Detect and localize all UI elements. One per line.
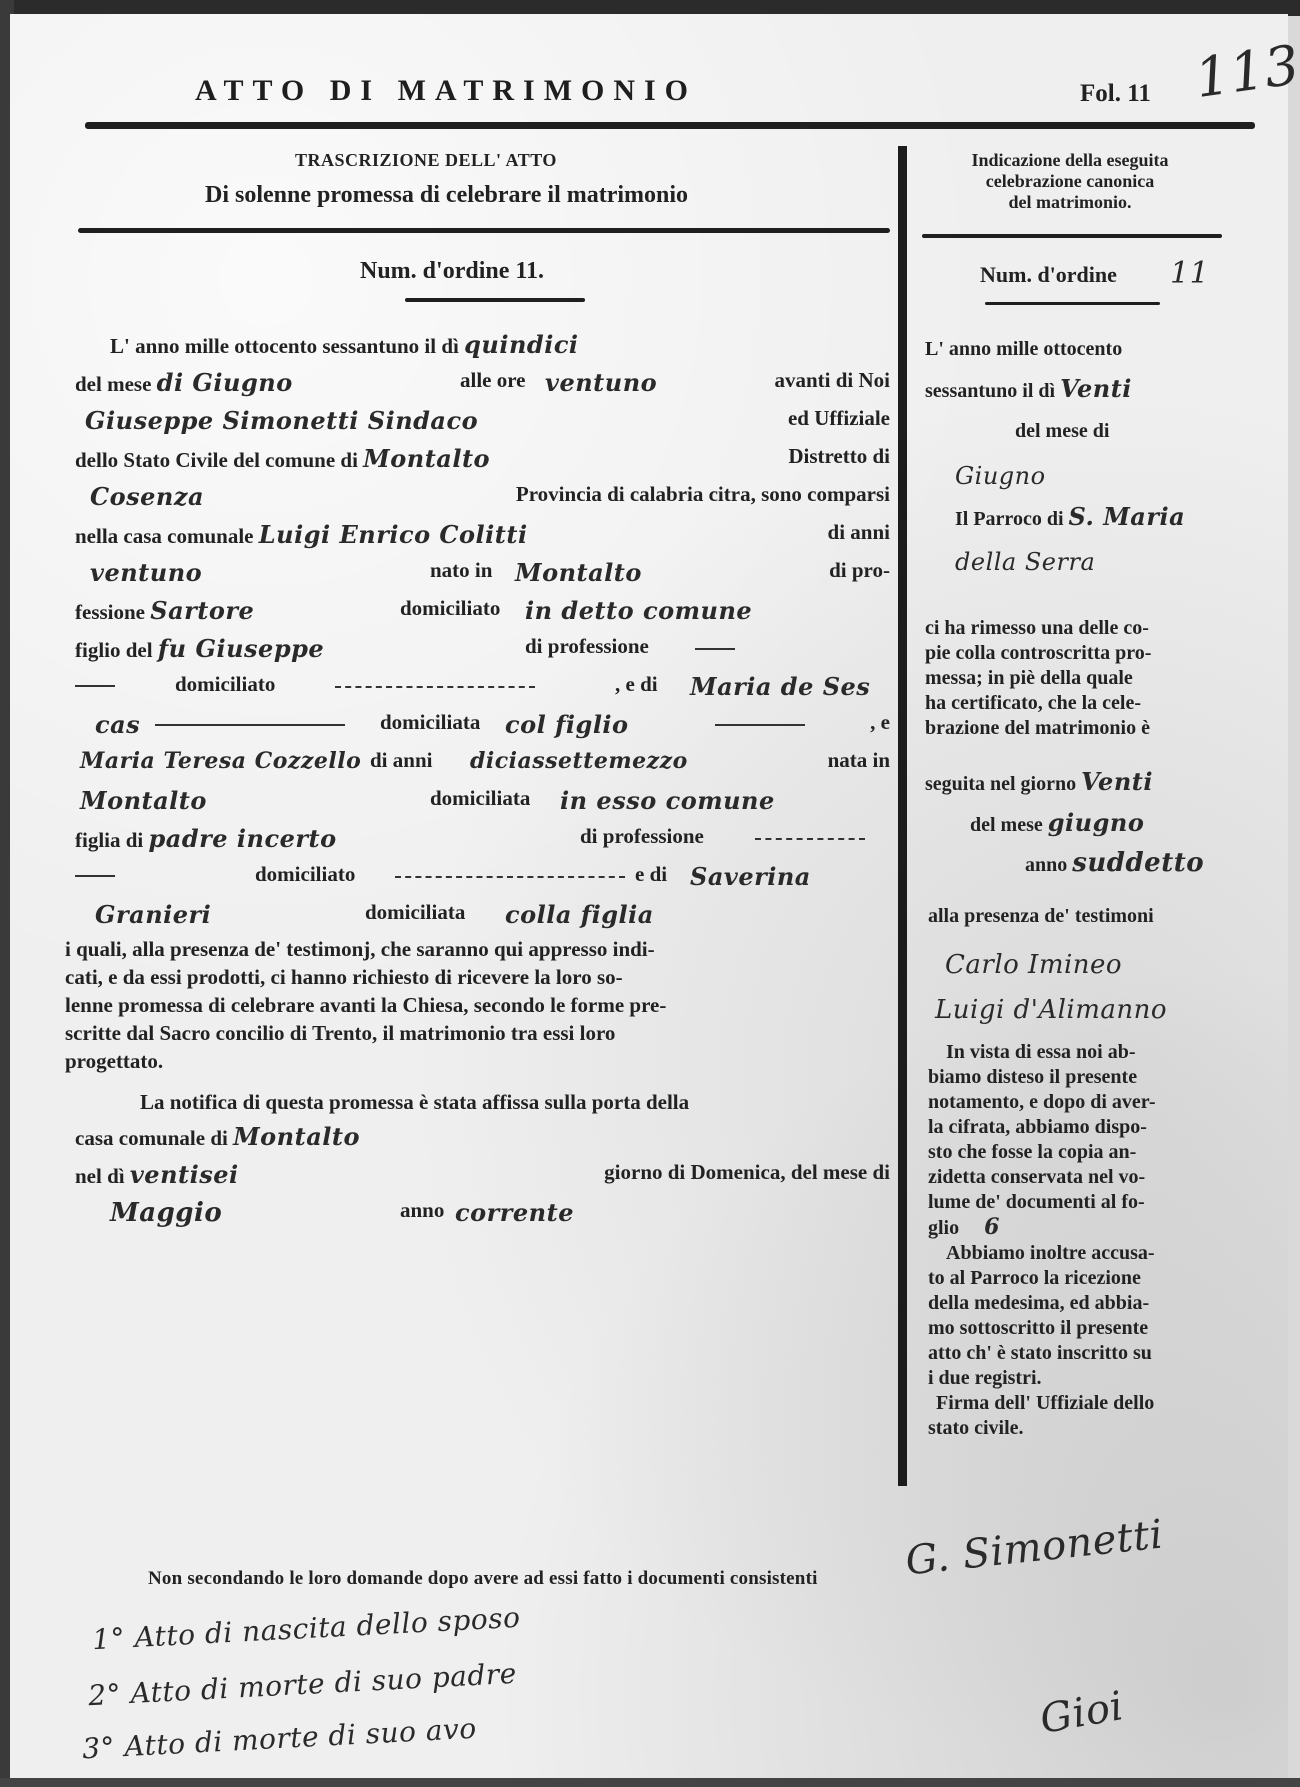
printed-text: anno xyxy=(400,1198,444,1223)
header-rule xyxy=(85,122,1255,129)
handwritten-parish-2: della Serra xyxy=(955,548,1095,576)
printed-text: nella casa comunale xyxy=(75,524,254,548)
printed-text: ed Uffiziale xyxy=(788,406,890,431)
handwritten-mother-domicile: col figlio xyxy=(505,710,629,739)
handwritten-anno: suddetto xyxy=(1072,848,1204,878)
handwritten-celebration-month: Giugno xyxy=(955,462,1046,490)
printed-text: di professione xyxy=(580,824,704,849)
blank-dash xyxy=(395,876,625,878)
printed-text: sessantuno il dì xyxy=(925,380,1055,402)
blank-dash xyxy=(715,724,805,726)
handwritten-bride-mother-surname: Granieri xyxy=(95,900,211,929)
right-order-number-hand: 11 xyxy=(1170,256,1209,291)
handwritten-notice-day: ventisei xyxy=(130,1160,239,1189)
paragraph-line: mo sottoscritto il presente xyxy=(928,1316,1236,1341)
handwritten-groom-profession: Sartore xyxy=(150,596,254,625)
right-order-number-label: Num. d'ordine xyxy=(980,262,1117,288)
paragraph-line: lenne promessa di celebrare avanti la Ch… xyxy=(65,991,890,1019)
form-line-11: cas domiciliata col figlio , e xyxy=(95,710,890,739)
paragraph-line: pie colla controscritta pro- xyxy=(925,641,1235,666)
printed-text: nato in xyxy=(430,558,492,583)
handwritten-giorno: Venti xyxy=(1081,767,1153,796)
blank-dash xyxy=(75,875,115,877)
right-intro-3: del mese di xyxy=(1015,420,1109,443)
printed-text: fessione xyxy=(75,600,145,624)
paragraph-line: la cifrata, abbiamo dispo- xyxy=(928,1115,1236,1140)
left-paragraph-1: i quali, alla presenza de' testimonj, ch… xyxy=(65,935,890,1075)
printed-text: figlio del xyxy=(75,638,153,662)
anno-line: anno suddetto xyxy=(1025,848,1204,878)
paragraph-line: i quali, alla presenza de' testimonj, ch… xyxy=(65,935,890,963)
handwritten-celebration-day: Venti xyxy=(1060,374,1132,403)
witnesses-label: alla presenza de' testimoni xyxy=(928,905,1154,928)
paragraph-line: glio 6 xyxy=(928,1215,1236,1241)
printed-text: alle ore xyxy=(460,368,526,393)
printed-text: di professione xyxy=(525,634,649,659)
handwritten-witness-1: Carlo Imineo xyxy=(945,950,1122,980)
paragraph-line: i due registri. xyxy=(928,1366,1236,1391)
handwritten-day: quindici xyxy=(464,330,578,359)
form-line-7: ventuno nato in Montalto di pro- xyxy=(90,558,890,587)
handwritten-groom-birthplace: Montalto xyxy=(515,558,642,587)
left-subheading: Di solenne promessa di celebrare il matr… xyxy=(205,182,688,209)
printed-text: e di xyxy=(635,862,667,887)
right-heading-rule xyxy=(922,234,1222,238)
printed-text: domiciliato xyxy=(255,862,355,887)
paragraph-line: ci ha rimesso una delle co- xyxy=(925,616,1235,641)
printed-text: , e xyxy=(870,710,890,735)
printed-text: giorno di Domenica, del mese di xyxy=(604,1160,890,1185)
printed-text: , e di xyxy=(615,672,658,697)
printed-text: dello Stato Civile del comune di xyxy=(75,448,358,472)
blank-dash xyxy=(335,686,535,688)
printed-text: avanti di Noi xyxy=(774,368,890,393)
form-line-4: dello Stato Civile del comune di Montalt… xyxy=(75,444,890,473)
printed-text: domiciliata xyxy=(430,786,530,811)
printed-text: Provincia di calabria citra, sono compar… xyxy=(516,482,890,507)
notice-line-4: Maggio anno corrente xyxy=(110,1198,222,1228)
form-line-8: fessione Sartore domiciliato in detto co… xyxy=(75,596,890,625)
printed-text: domiciliato xyxy=(175,672,275,697)
handwritten-district: Cosenza xyxy=(90,482,204,511)
form-line-6: nella casa comunale Luigi Enrico Colitti… xyxy=(75,520,890,549)
paragraph-line: scritte dal Sacro concilio di Trento, il… xyxy=(65,1019,890,1047)
printed-text: L' anno mille ottocento sessantuno il dì xyxy=(110,334,459,358)
paragraph-line: notamento, e dopo di aver- xyxy=(928,1090,1236,1115)
handwritten-foglio: 6 xyxy=(984,1214,1000,1240)
handwritten-notice-month: Maggio xyxy=(110,1198,222,1228)
column-divider xyxy=(898,146,907,1486)
handwritten-month: di Giugno xyxy=(157,368,293,397)
right-intro-2: sessantuno il dì Venti xyxy=(925,374,1132,403)
handwritten-bride-father: padre incerto xyxy=(149,824,337,853)
paragraph-line: biamo disteso il presente xyxy=(928,1065,1236,1090)
paragraph-line: cati, e da essi prodotti, ci hanno richi… xyxy=(65,963,890,991)
printed-text: Il Parroco di xyxy=(955,508,1064,530)
right-body-2: In vista di essa noi ab- biamo disteso i… xyxy=(928,1040,1236,1441)
right-heading: Indicazione della eseguita celebrazione … xyxy=(920,150,1220,213)
form-line-1: L' anno mille ottocento sessantuno il dì… xyxy=(110,330,579,359)
right-order-rule xyxy=(985,302,1160,305)
handwritten-groom-father: fu Giuseppe xyxy=(158,634,324,663)
paragraph-line: progettato. xyxy=(65,1047,890,1075)
form-line-3: Giuseppe Simonetti Sindaco ed Uffiziale xyxy=(85,406,890,435)
blank-dash xyxy=(695,648,735,650)
left-heading-rule xyxy=(78,228,890,233)
handwritten-groom-age: ventuno xyxy=(90,558,202,587)
blank-dash xyxy=(75,685,115,687)
printed-text: di pro- xyxy=(829,558,890,583)
right-heading-line-1: Indicazione della eseguita xyxy=(920,150,1220,171)
printed-text: figlia di xyxy=(75,828,143,852)
paragraph-line: lume de' documenti al fo- xyxy=(928,1190,1236,1215)
blank-dash xyxy=(755,838,865,840)
handwritten-bride-mother-domicile: colla figlia xyxy=(505,900,654,929)
paragraph-line: messa; in piè della quale xyxy=(925,666,1235,691)
handwritten-bride-birthplace: Montalto xyxy=(80,786,207,815)
printed-text: del mese xyxy=(75,372,151,396)
document-title: ATTO DI MATRIMONIO xyxy=(195,74,697,108)
notice-line-2: casa comunale di Montalto xyxy=(75,1122,360,1151)
paragraph-line: brazione del matrimonio è xyxy=(925,716,1235,741)
printed-text: di anni xyxy=(370,748,432,773)
handwritten-bride-name: Maria Teresa Cozzello xyxy=(80,748,361,774)
handwritten-bride-domicile: in esso comune xyxy=(560,786,775,815)
form-line-16: Granieri domiciliata colla figlia xyxy=(95,900,890,929)
parroco-line: Il Parroco di S. Maria xyxy=(955,502,1185,531)
handwritten-official-name: Giuseppe Simonetti Sindaco xyxy=(85,406,478,435)
printed-text: casa comunale di xyxy=(75,1126,228,1150)
handwritten-notice-year: corrente xyxy=(455,1198,574,1227)
handwritten-groom-name: Luigi Enrico Colitti xyxy=(259,520,528,549)
printed-text: glio xyxy=(928,1217,959,1239)
scan-edge-bottom xyxy=(0,1778,1300,1787)
printed-text: domiciliato xyxy=(400,596,500,621)
paragraph-line: sto che fosse la copia an- xyxy=(928,1140,1236,1165)
signature-label: Firma dell' Uffiziale dello xyxy=(928,1391,1236,1416)
notice-line-1: La notifica di questa promessa è stata a… xyxy=(140,1090,689,1115)
left-heading: TRASCRIZIONE DELL' ATTO xyxy=(295,150,557,171)
paragraph-line: In vista di essa noi ab- xyxy=(928,1040,1236,1065)
paragraph-line: atto ch' è stato inscritto su xyxy=(928,1341,1236,1366)
paragraph-line: della medesima, ed abbia- xyxy=(928,1291,1236,1316)
paragraph-line: to al Parroco la ricezione xyxy=(928,1266,1236,1291)
printed-text: del mese xyxy=(970,814,1043,836)
form-line-13: Montalto domiciliata in esso comune xyxy=(80,786,890,815)
handwritten-mother-surname-end: cas xyxy=(95,710,140,739)
right-heading-line-2: celebrazione canonica xyxy=(920,171,1220,192)
mese-line: del mese giugno xyxy=(970,808,1144,837)
handwritten-groom-domicile: in detto comune xyxy=(525,596,752,625)
blank-dash xyxy=(155,724,345,726)
handwritten-hour: ventuno xyxy=(545,368,657,397)
handwritten-groom-mother: Maria de Ses xyxy=(690,672,870,701)
right-heading-line-3: del matrimonio. xyxy=(920,192,1220,213)
printed-text: seguita nel giorno xyxy=(925,773,1076,795)
form-line-2: del mese di Giugno alle ore ventuno avan… xyxy=(75,368,890,397)
printed-text: di anni xyxy=(828,520,890,545)
paragraph-line: zidetta conservata nel vo- xyxy=(928,1165,1236,1190)
footer-printed-line: Non secondando le loro domande dopo aver… xyxy=(148,1568,818,1590)
form-line-15: domiciliato e di Saverina xyxy=(75,862,890,887)
handwritten-witness-2: Luigi d'Alimanno xyxy=(935,995,1167,1025)
printed-text: domiciliata xyxy=(380,710,480,735)
left-order-rule xyxy=(405,298,585,302)
handwritten-mese: giugno xyxy=(1048,808,1145,837)
right-body-1: ci ha rimesso una delle co- pie colla co… xyxy=(925,616,1235,741)
signature-label: stato civile. xyxy=(928,1416,1236,1441)
printed-text: domiciliata xyxy=(365,900,465,925)
handwritten-bride-age: diciassettemezzo xyxy=(470,748,688,774)
handwritten-parish: S. Maria xyxy=(1069,502,1186,531)
giorno-line: seguita nel giorno Venti xyxy=(925,767,1153,796)
handwritten-bride-mother: Saverina xyxy=(690,862,811,891)
printed-text: nata in xyxy=(828,748,890,773)
folio-label: Fol. 11 xyxy=(1080,80,1151,108)
right-intro-1: L' anno mille ottocento xyxy=(925,338,1122,361)
handwritten-comune: Montalto xyxy=(363,444,490,473)
form-line-5: Cosenza Provincia di calabria citra, son… xyxy=(90,482,890,511)
printed-text: nel dì xyxy=(75,1164,125,1188)
paragraph-line: ha certificato, che la cele- xyxy=(925,691,1235,716)
paragraph-line: Abbiamo inoltre accusa- xyxy=(928,1241,1236,1266)
form-line-9: figlio del fu Giuseppe di professione xyxy=(75,634,890,663)
printed-text: Distretto di xyxy=(788,444,890,469)
handwritten-comune: Montalto xyxy=(233,1122,360,1151)
form-line-14: figlia di padre incerto di professione xyxy=(75,824,890,853)
printed-text: anno xyxy=(1025,854,1067,876)
form-line-12: Maria Teresa Cozzello di anni diciassett… xyxy=(80,748,890,774)
notice-line-3: nel dì ventisei giorno di Domenica, del … xyxy=(75,1160,890,1189)
form-line-10: domiciliato , e di Maria de Ses xyxy=(75,672,890,697)
left-order-number: Num. d'ordine 11. xyxy=(360,258,544,285)
